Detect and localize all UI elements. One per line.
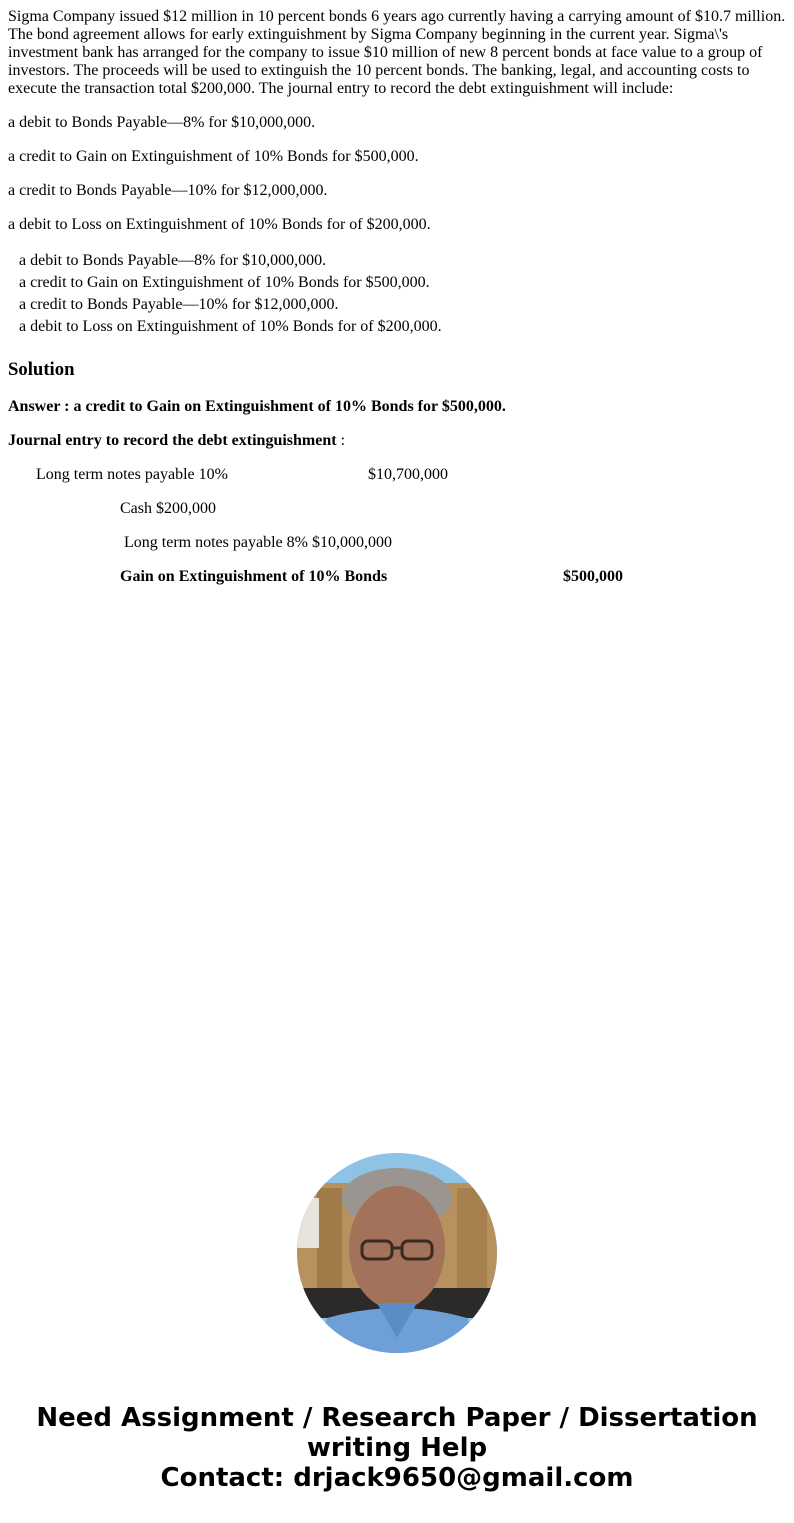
question-text: Sigma Company issued $12 million in 10 p…: [8, 8, 788, 98]
solution-heading: Solution: [8, 359, 74, 381]
journal-row-account: Long term notes payable 8% $10,000,000: [124, 534, 392, 552]
person-photo-icon: [297, 1153, 497, 1353]
option-list: a debit to Bonds Payable—8% for $10,000,…: [19, 252, 442, 340]
promo-line: Need Assignment / Research Paper / Disse…: [0, 1403, 794, 1433]
journal-row-account: Gain on Extinguishment of 10% Bonds: [120, 568, 387, 586]
journal-row-account: Cash $200,000: [120, 500, 216, 518]
option-list-item: a credit to Gain on Extinguishment of 10…: [19, 274, 442, 296]
option-1: a debit to Bonds Payable—8% for $10,000,…: [8, 114, 315, 132]
option-list-item: a credit to Bonds Payable—10% for $12,00…: [19, 296, 442, 318]
promo-line: writing Help: [0, 1433, 794, 1463]
promo-contact: Contact: drjack9650@gmail.com: [0, 1463, 794, 1493]
option-2: a credit to Gain on Extinguishment of 10…: [8, 148, 419, 166]
journal-entry-title: Journal entry to record the debt extingu…: [8, 432, 337, 449]
option-3: a credit to Bonds Payable—10% for $12,00…: [8, 182, 328, 200]
avatar: [297, 1153, 497, 1353]
journal-entry-heading: Journal entry to record the debt extingu…: [8, 432, 345, 450]
answer-text: Answer : a credit to Gain on Extinguishm…: [8, 398, 506, 416]
option-list-item: a debit to Loss on Extinguishment of 10%…: [19, 318, 442, 340]
journal-row-amount: $10,700,000: [368, 466, 448, 484]
option-4: a debit to Loss on Extinguishment of 10%…: [8, 216, 431, 234]
journal-row-account: Long term notes payable 10%: [36, 466, 228, 484]
option-list-item: a debit to Bonds Payable—8% for $10,000,…: [19, 252, 442, 274]
promo-banner: Need Assignment / Research Paper / Disse…: [0, 1403, 794, 1493]
journal-row-amount: $500,000: [563, 568, 623, 586]
journal-entry-colon: :: [337, 432, 345, 449]
